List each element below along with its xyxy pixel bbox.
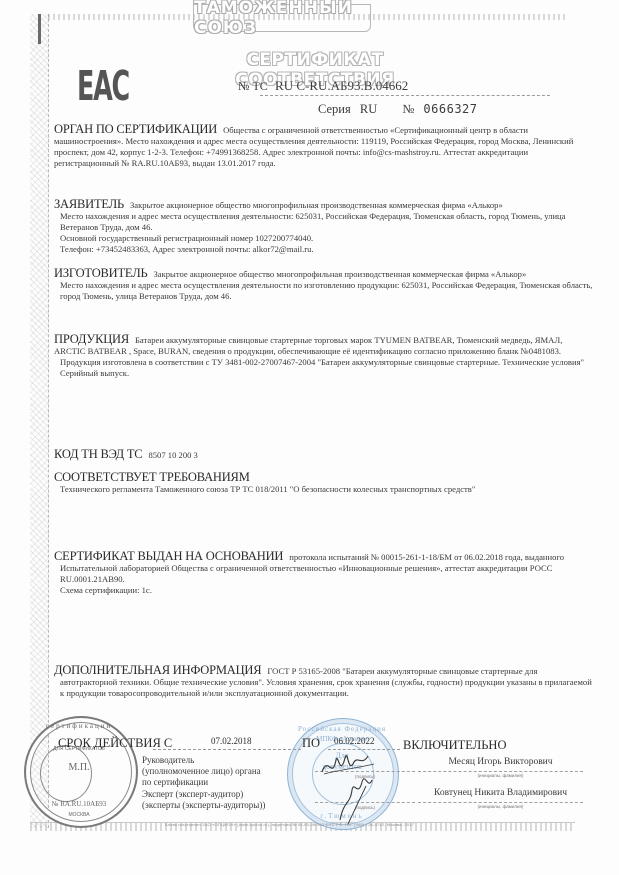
blank-print-info: Бланк изготовлен ЗАО «ОПЦИОН» (www.opcio… <box>165 822 455 830</box>
blank-number: 0666327 <box>423 102 477 116</box>
signature-line <box>418 802 583 803</box>
section-line: Место нахождения и адрес места осуществл… <box>54 211 594 233</box>
section-certification-body: ОРГАН ПО СЕРТИФИКАЦИИОбщества с ограниче… <box>54 124 594 169</box>
section-text: протокола испытаний № 00015-261-1-18/БМ … <box>289 552 564 562</box>
section-line: Основной государственный регистрационный… <box>54 233 594 244</box>
section-line: Телефон: +73452483363, Адрес электронной… <box>54 244 594 255</box>
expert-name: Ковтунец Никита Владимирович <box>418 788 583 798</box>
tc-number-line: № ТС RU C-RU.АБ93.В.04662 <box>238 78 408 94</box>
hs-code-value: 8507 10 200 3 <box>148 450 197 460</box>
section-line: Испытательной лабораторией Общества с ог… <box>54 563 594 585</box>
section-manufacturer: ИЗГОТОВИТЕЛЬЗакрытое акционерное обществ… <box>54 268 594 302</box>
section-product: ПРОДУКЦИЯБатареи аккумуляторные свинцовы… <box>54 334 594 379</box>
corner-mark <box>38 14 41 44</box>
section-text: Закрытое акционерное общество многопрофи… <box>130 200 503 210</box>
tc-label: № ТС <box>238 79 268 93</box>
stamp-text: сертификации <box>24 722 134 730</box>
section-heading: ОРГАН ПО СЕРТИФИКАЦИИ <box>54 122 217 136</box>
customs-union-banner: ТАМОЖЕННЫЙ СОЮЗ <box>193 4 371 32</box>
series-value: RU <box>360 102 377 116</box>
dashed-line <box>153 749 301 750</box>
series-line: Серия RU № 0666327 <box>318 102 484 117</box>
section-text: Закрытое акционерное общество многопрофи… <box>153 269 526 279</box>
section-line: автотракторной техники. Общие технически… <box>54 677 594 699</box>
signature-line <box>418 771 583 772</box>
stamp-text: М.П. <box>24 762 134 773</box>
name-caption: (инициалы, фамилия) <box>418 773 583 778</box>
section-line: Схема сертификации: 1с. <box>54 585 594 596</box>
tc-number: RU C-RU.АБ93.В.04662 <box>275 78 408 93</box>
section-hs-code: КОД ТН ВЭД ТС8507 10 200 3 <box>54 449 594 461</box>
section-conforms-to: СООТВЕТСТВУЕТ ТРЕБОВАНИЯМ Технического р… <box>54 471 594 495</box>
head-signatory-name: Месяц Игорь Викторович <box>418 757 583 767</box>
validity-to-date: 06.02.2022 <box>334 736 375 746</box>
validity-from-date: 07.02.2018 <box>211 736 252 746</box>
section-line: Серийный выпуск. <box>54 368 594 379</box>
section-additional-info: ДОПОЛНИТЕЛЬНАЯ ИНФОРМАЦИЯГОСТ Р 53165-20… <box>54 665 594 699</box>
section-line: Место нахождения и адрес места осуществл… <box>54 280 594 302</box>
section-text: ГОСТ Р 53165-2008 "Батареи аккумуляторны… <box>267 666 537 676</box>
section-heading: СООТВЕТСТВУЕТ ТРЕБОВАНИЯМ <box>54 471 594 484</box>
handwritten-signature-icon <box>318 750 378 825</box>
number-label: № <box>402 102 414 116</box>
head-signatory-label: Руководитель (уполномоченное лицо) орган… <box>142 755 262 788</box>
section-line: Продукция изготовлена в соответствии с Т… <box>54 357 594 368</box>
tc-underline <box>260 95 550 96</box>
section-heading: ДОПОЛНИТЕЛЬНАЯ ИНФОРМАЦИЯ <box>54 663 261 677</box>
expert-signatory-label: Эксперт (эксперт-аудитор) (эксперты (экс… <box>142 789 272 811</box>
stamp-text: № RA.RU.10АБ93 <box>24 800 134 808</box>
section-text: Технического регламента Таможенного союз… <box>54 484 594 495</box>
section-issued-basis: СЕРТИФИКАТ ВЫДАН НА ОСНОВАНИИпротокола и… <box>54 551 594 596</box>
certificate-page: ТАМОЖЕННЫЙ СОЮЗ СЕРТИФИКАТ СООТВЕТСТВИЯ … <box>0 0 619 875</box>
stamp-inner-ring <box>40 745 92 802</box>
section-heading: СЕРТИФИКАТ ВЫДАН НА ОСНОВАНИИ <box>54 549 283 563</box>
stamp-text: МОСКВА <box>24 812 134 818</box>
ornamental-border-left <box>30 14 49 828</box>
eac-logo-icon: ЕАС <box>77 67 100 105</box>
stamp-text: Российская Федерация <box>287 725 397 733</box>
section-heading: ИЗГОТОВИТЕЛЬ <box>54 266 147 280</box>
section-heading: ЗАЯВИТЕЛЬ <box>54 197 124 211</box>
section-heading: ПРОДУКЦИЯ <box>54 332 129 346</box>
section-heading: КОД ТН ВЭД ТС <box>54 447 142 461</box>
name-caption: (инициалы, фамилия) <box>418 804 583 809</box>
section-applicant: ЗАЯВИТЕЛЬЗакрытое акционерное общество м… <box>54 199 594 255</box>
validity-inclusive: ВКЛЮЧИТЕЛЬНО <box>403 738 507 753</box>
section-text: Батареи аккумуляторные свинцовые стартер… <box>54 335 562 356</box>
series-label: Серия <box>318 102 351 116</box>
validity-to-label: ПО <box>302 736 320 751</box>
